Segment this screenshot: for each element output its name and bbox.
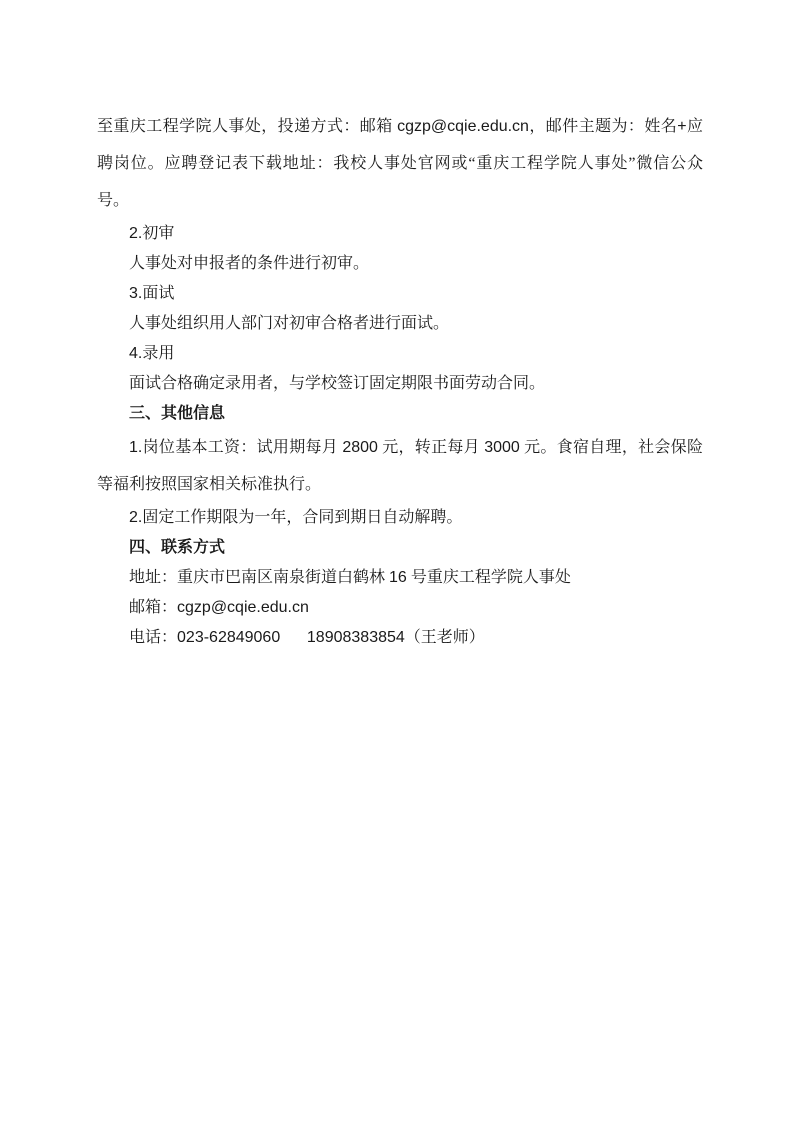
cjk-text-segment: 初审: [142, 225, 174, 242]
item-initial-review-title: 2.初审: [97, 219, 703, 249]
document-page: 至重庆工程学院人事处，投递方式：邮箱 cgzp@cqie.edu.cn，邮件主题…: [0, 0, 793, 1122]
cjk-text-segment: （王老师）: [405, 629, 485, 646]
contact-phone: 电话：023-62849060 18908383854（王老师）: [97, 623, 703, 653]
latin-text-segment: cgzp@cqie.edu.cn: [397, 118, 529, 135]
latin-text-segment: 4.: [129, 345, 142, 362]
cjk-text-segment: 岗位基本工资：试用期每月: [142, 439, 342, 456]
latin-text-segment: 1.: [129, 439, 142, 456]
heading-contact: 四、联系方式: [97, 533, 703, 563]
latin-text-segment: 2800: [342, 439, 378, 456]
contact-email: 邮箱：cgzp@cqie.edu.cn: [97, 593, 703, 623]
item-salary-info: 1.岗位基本工资：试用期每月 2800 元，转正每月 3000 元。食宿自理，社…: [97, 429, 703, 503]
item-contract-term: 2.固定工作期限为一年，合同到期日自动解聘。: [97, 503, 703, 533]
cjk-text-segment: ，邮件主题为：姓名: [529, 118, 677, 135]
latin-text-segment: 16: [389, 569, 407, 586]
para-application-delivery: 至重庆工程学院人事处，投递方式：邮箱 cgzp@cqie.edu.cn，邮件主题…: [97, 108, 703, 219]
cjk-text-segment: 至重庆工程学院人事处，投递方式：邮箱: [97, 118, 397, 135]
latin-text-segment: 3000: [484, 439, 520, 456]
cjk-text-segment: 号重庆工程学院人事处: [407, 569, 571, 586]
cjk-text-segment: 录用: [142, 345, 174, 362]
item-initial-review-body: 人事处对申报者的条件进行初审。: [97, 249, 703, 279]
cjk-text-segment: 面试: [142, 285, 174, 302]
latin-text-segment: +: [677, 118, 686, 135]
cjk-text-segment: 元，转正每月: [378, 439, 484, 456]
latin-text-segment: 3.: [129, 285, 142, 302]
cjk-text-segment: 地址：重庆市巴南区南泉街道白鹤林: [129, 569, 389, 586]
cjk-text-segment: 电话：: [129, 629, 177, 646]
cjk-text-segment: 邮箱：: [129, 599, 177, 616]
latin-text-segment: 2.: [129, 225, 142, 242]
latin-text-segment: 023-62849060 18908383854: [177, 629, 405, 646]
heading-other-info: 三、其他信息: [97, 399, 703, 429]
item-employment-body: 面试合格确定录用者，与学校签订固定期限书面劳动合同。: [97, 369, 703, 399]
cjk-text-segment: 固定工作期限为一年，合同到期日自动解聘。: [142, 509, 462, 526]
latin-text-segment: cgzp@cqie.edu.cn: [177, 599, 309, 616]
item-interview-body: 人事处组织用人部门对初审合格者进行面试。: [97, 309, 703, 339]
item-interview-title: 3.面试: [97, 279, 703, 309]
latin-text-segment: 2.: [129, 509, 142, 526]
contact-address: 地址：重庆市巴南区南泉街道白鹤林 16 号重庆工程学院人事处: [97, 563, 703, 593]
item-employment-title: 4.录用: [97, 339, 703, 369]
